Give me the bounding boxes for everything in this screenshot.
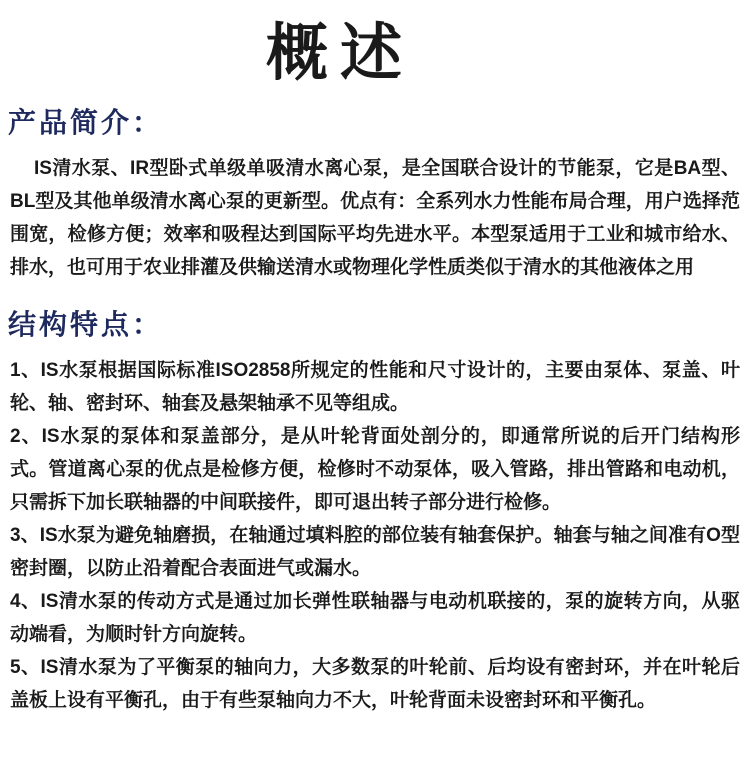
section-heading-structure-features: 结构特点： (0, 308, 750, 342)
feature-item-1: 1、IS水泵根据国际标准ISO2858所规定的性能和尺寸设计的，主要由泵体、泵盖… (0, 354, 750, 420)
document-page: 概述 产品简介： IS清水泵、IR型卧式单级单吸清水离心泵，是全国联合设计的节能… (0, 0, 750, 760)
product-intro-paragraph: IS清水泵、IR型卧式单级单吸清水离心泵，是全国联合设计的节能泵，它是BA型、B… (0, 152, 750, 284)
feature-item-5: 5、IS清水泵为了平衡泵的轴向力，大多数泵的叶轮前、后均设有密封环，并在叶轮后盖… (0, 651, 750, 717)
feature-item-4: 4、IS清水泵的传动方式是通过加长弹性联轴器与电动机联接的，泵的旋转方向，从驱动… (0, 585, 750, 651)
page-title: 概述 (0, 14, 680, 94)
feature-item-2: 2、IS水泵的泵体和泵盖部分，是从叶轮背面处剖分的，即通常所说的后开门结构形式。… (0, 420, 750, 519)
structure-features-list: 1、IS水泵根据国际标准ISO2858所规定的性能和尺寸设计的，主要由泵体、泵盖… (0, 354, 750, 717)
section-heading-product-intro: 产品简介： (0, 106, 750, 140)
feature-item-3: 3、IS水泵为避免轴磨损，在轴通过填料腔的部位装有轴套保护。轴套与轴之间准有O型… (0, 519, 750, 585)
